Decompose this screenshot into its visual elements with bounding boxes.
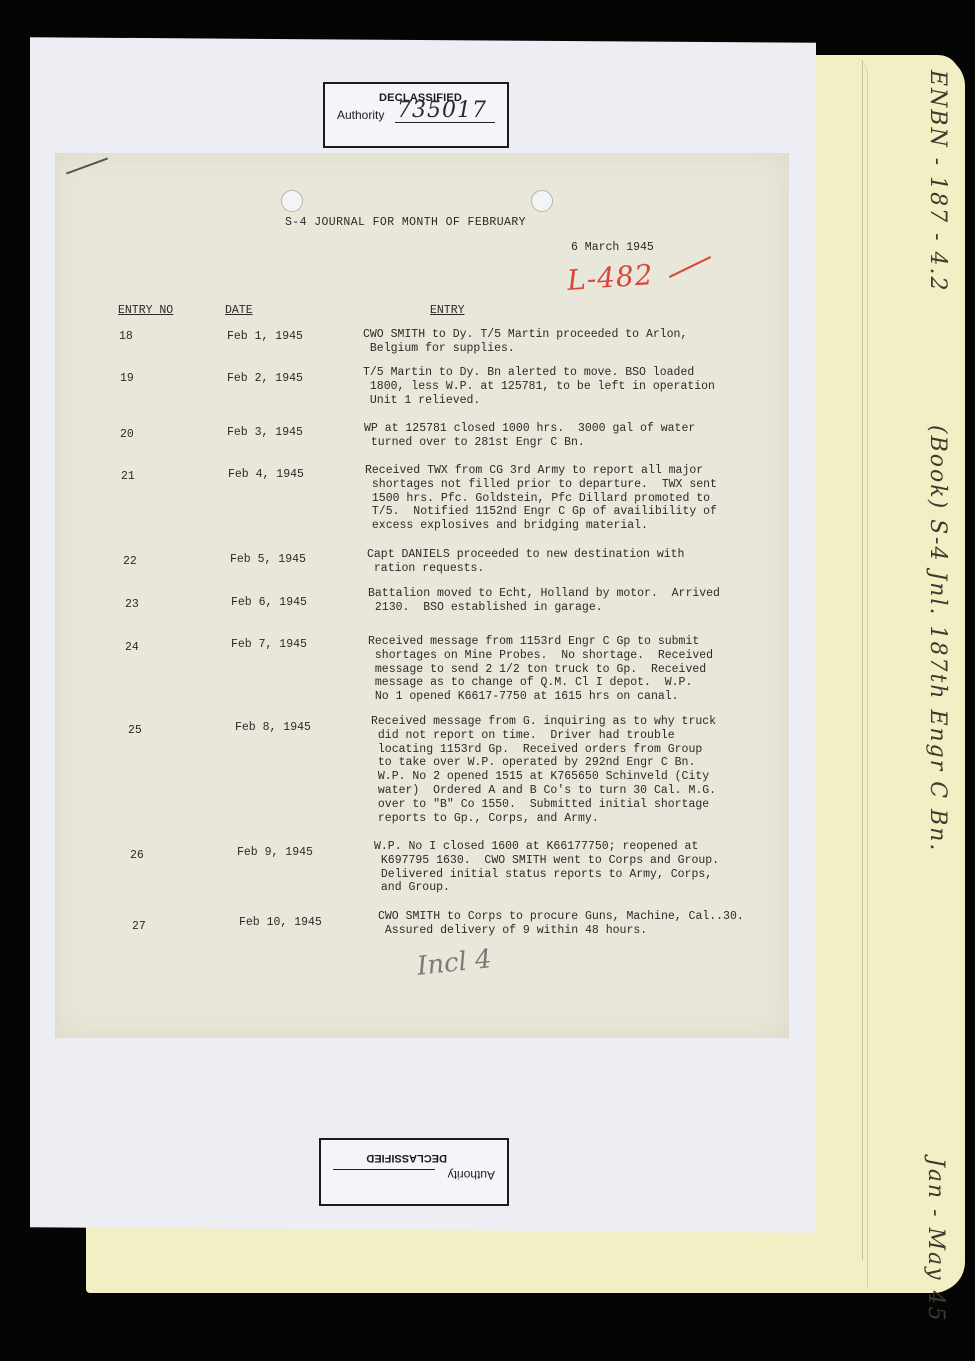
entry-text: Received TWX from CG 3rd Army to report … <box>365 464 785 533</box>
entry-number: 24 <box>125 641 139 655</box>
header-entry: ENTRY <box>430 304 465 317</box>
entry-text: W.P. No I closed 1600 at K66177750; reop… <box>374 840 794 895</box>
folder-note-top: ENBN - 187 - 4.2 <box>925 70 950 293</box>
entry-text: Received message from 1153rd Engr C Gp t… <box>368 635 788 704</box>
entry-number: 23 <box>125 598 139 612</box>
entry-number: 20 <box>120 428 134 442</box>
entry-date: Feb 10, 1945 <box>239 916 322 930</box>
header-date: DATE <box>225 304 253 317</box>
header-entry-no: ENTRY NO <box>118 304 173 317</box>
entry-date: Feb 5, 1945 <box>230 553 306 567</box>
journal-title: S-4 JOURNAL FOR MONTH OF FEBRUARY <box>285 216 526 229</box>
stamp-authority-label: Authority <box>337 108 384 122</box>
entry-number: 26 <box>130 849 144 863</box>
declassified-stamp-top: DECLASSIFIED Authority 735017 <box>323 82 509 148</box>
folder-note-middle: (Book) S-4 Jnl. 187th Engr C Bn. <box>925 425 950 852</box>
stamp-title: DECLASSIFIED <box>366 1152 447 1164</box>
entry-number: 22 <box>123 555 137 569</box>
stamp-authority-number: 735017 <box>397 98 487 123</box>
entry-date: Feb 8, 1945 <box>235 721 311 735</box>
entry-text: Capt DANIELS proceeded to new destinatio… <box>367 548 787 576</box>
reference-number: L-482 <box>566 258 655 297</box>
journal-page: S-4 JOURNAL FOR MONTH OF FEBRUARY 6 Marc… <box>55 153 789 1038</box>
entry-text: Received message from G. inquiring as to… <box>371 715 791 825</box>
punch-hole-right <box>531 190 553 212</box>
entry-text: Battalion moved to Echt, Holland by moto… <box>368 587 788 615</box>
folder-note-bottom: Jan - May 45 <box>923 1158 948 1323</box>
entry-date: Feb 4, 1945 <box>228 468 304 482</box>
journal-date: 6 March 1945 <box>571 241 654 254</box>
entry-number: 19 <box>120 372 134 386</box>
entry-date: Feb 7, 1945 <box>231 638 307 652</box>
entry-date: Feb 1, 1945 <box>227 330 303 344</box>
stamp-authority-line <box>333 1169 435 1170</box>
folder-crease <box>862 60 863 1260</box>
entry-number: 25 <box>128 724 142 738</box>
entry-date: Feb 9, 1945 <box>237 846 313 860</box>
entry-text: CWO SMITH to Dy. T/5 Martin proceeded to… <box>363 328 783 356</box>
entry-date: Feb 2, 1945 <box>227 372 303 386</box>
stamp-authority-label: Authority <box>448 1168 495 1182</box>
folder-tab-edge <box>817 57 868 1287</box>
entry-text: T/5 Martin to Dy. Bn alerted to move. BS… <box>363 366 783 407</box>
entry-date: Feb 6, 1945 <box>231 596 307 610</box>
pencil-mark <box>66 158 108 175</box>
entry-text: CWO SMITH to Corps to procure Guns, Mach… <box>378 910 798 938</box>
entry-text: WP at 125781 closed 1000 hrs. 3000 gal o… <box>364 422 784 450</box>
entry-number: 21 <box>121 470 135 484</box>
declassified-stamp-bottom: DECLASSIFIED Authority <box>319 1138 509 1206</box>
check-mark-icon <box>669 256 711 278</box>
entry-number: 27 <box>132 920 146 934</box>
punch-hole-left <box>281 190 303 212</box>
entry-date: Feb 3, 1945 <box>227 426 303 440</box>
entry-number: 18 <box>119 330 133 344</box>
handwritten-annotation: Incl 4 <box>416 944 493 982</box>
